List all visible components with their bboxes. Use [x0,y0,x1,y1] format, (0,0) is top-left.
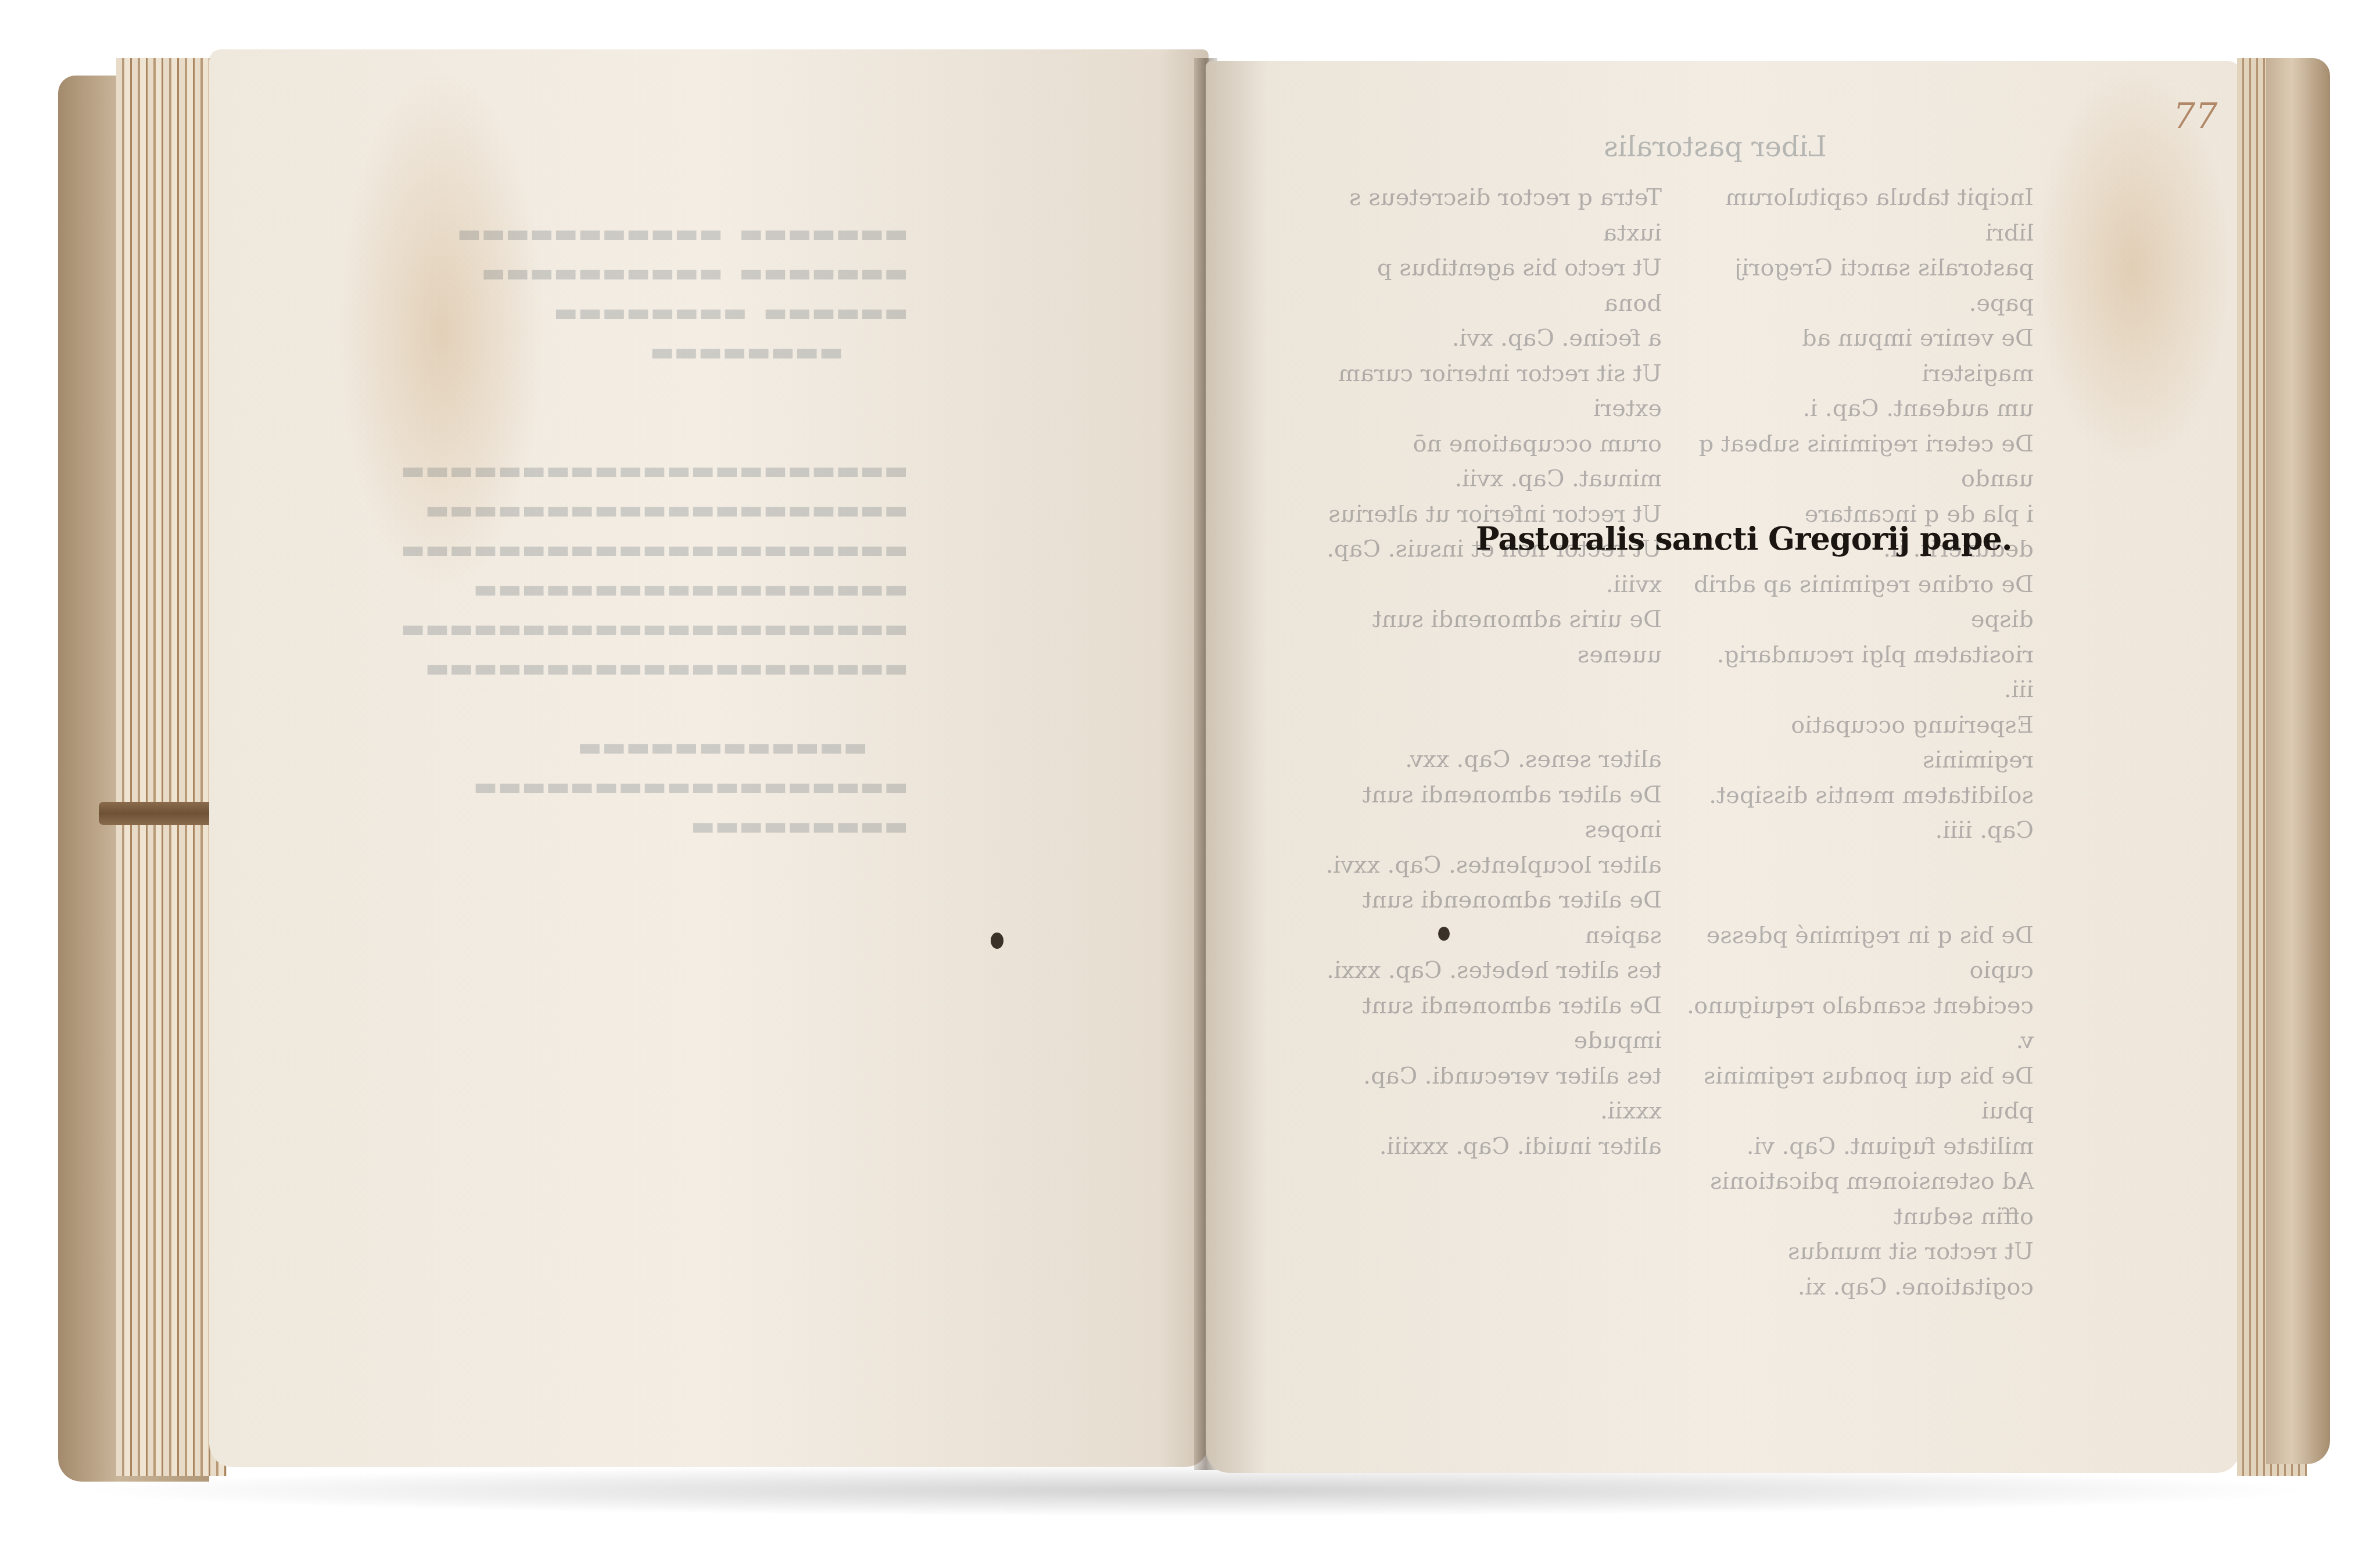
spine-band [99,802,227,825]
folio-number: 77 [2173,96,2217,137]
worm-hole [991,933,1003,949]
show-through-column-left: Tetra q rector discreteus s iuxta Ut rec… [1325,180,1662,1164]
running-head: Liber pastoralis [1604,131,1827,163]
right-cover [2266,58,2330,1464]
printed-title: Pastoralis sancti Gregorij pape. [1476,520,2012,557]
show-through-column-right: Incipit tabula capitulorum libri pastora… [1685,180,2034,1304]
worm-hole-right [1438,927,1450,941]
left-show-through-text: ▬▬▬▬▬▬▬ ▬▬▬▬▬▬▬▬▬▬▬ ▬▬▬▬▬▬▬ ▬▬▬▬▬▬▬▬▬▬ ▬… [401,174,908,846]
